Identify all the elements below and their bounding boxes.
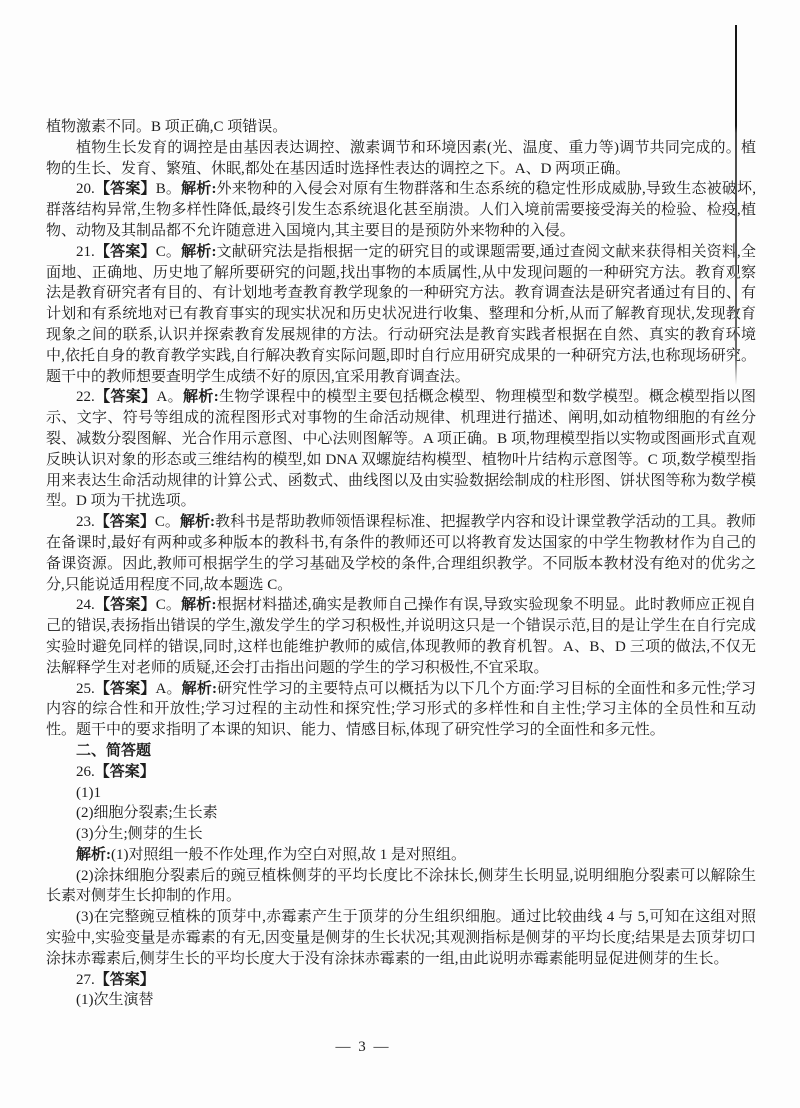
bold-text-segment: 【答案】: [95, 244, 156, 260]
bold-text-segment: 【答案】: [95, 597, 156, 613]
answer-27-label: 27.【答案】: [46, 970, 756, 991]
bold-text-segment: 解析:: [181, 181, 216, 197]
bold-text-segment: 【答案】: [95, 181, 156, 197]
answer-26-item-1: (1)1: [46, 783, 756, 804]
bold-text-segment: 解析:: [183, 389, 219, 405]
answer-26-analysis-3: (3)在完整豌豆植株的顶芽中,赤霉素产生于顶芽的分生组织细胞。通过比较曲线 4 …: [46, 907, 756, 969]
section-heading-short-answer: 二、简答题: [46, 741, 756, 762]
bold-text-segment: 【答案】: [95, 514, 155, 530]
answer-25: 25.【答案】A。解析:研究性学习的主要特点可以概括为以下几个方面:学习目标的全…: [46, 679, 756, 741]
text-segment: 生物学课程中的模型主要包括概念模型、物理模型和数学模型。概念模型指以图示、文字、…: [46, 389, 756, 509]
answer-26-item-3: (3)分生;侧芽的生长: [46, 824, 756, 845]
text-segment: (1)对照组一般不作处理,作为空白对照,故 1 是对照组。: [111, 847, 466, 863]
answer-26-analysis-1: 解析:(1)对照组一般不作处理,作为空白对照,故 1 是对照组。: [46, 845, 756, 866]
text-segment: 文献研究法是指根据一定的研究目的或课题需要,通过查阅文献来获得相关资料,全面地、…: [46, 244, 756, 385]
bold-text-segment: 【答案】: [95, 389, 157, 405]
answer-26-analysis-2: (2)涂抹细胞分裂素后的豌豆植株侧芽的平均长度比不涂抹长,侧芽生长明显,说明细胞…: [46, 866, 756, 908]
text-segment: 22.: [76, 389, 95, 405]
text-segment: B。: [156, 181, 181, 197]
scanned-page: 植物激素不同。B 项正确,C 项错误。植物生长发育的调控是由基因表达调控、激素调…: [0, 0, 800, 1108]
bold-text-segment: 【答案】: [95, 972, 155, 988]
text-segment: 20.: [76, 181, 95, 197]
text-segment: 25.: [76, 681, 95, 697]
text-segment: (3)分生;侧芽的生长: [76, 826, 203, 842]
answer-key-text: 植物激素不同。B 项正确,C 项错误。植物生长发育的调控是由基因表达调控、激素调…: [46, 117, 756, 1011]
scan-artifact-line: [735, 25, 737, 385]
bold-text-segment: 解析:: [182, 681, 217, 697]
text-segment: 植物生长发育的调控是由基因表达调控、激素调节和环境因素(光、温度、重力等)调节共…: [46, 140, 756, 177]
answer-21: 21.【答案】C。解析:文献研究法是指根据一定的研究目的或课题需要,通过查阅文献…: [46, 242, 756, 388]
text-segment: 21.: [76, 244, 95, 260]
text-segment: A。: [157, 389, 184, 405]
text-segment: C。: [156, 244, 181, 260]
text-segment: C。: [155, 514, 180, 530]
bold-text-segment: 解析:: [181, 597, 216, 613]
text-segment: (1)次生演替: [76, 992, 154, 1008]
bold-text-segment: 【答案】: [95, 681, 156, 697]
bold-text-segment: 【答案】: [95, 764, 155, 780]
text-segment: 24.: [76, 597, 95, 613]
answer-22: 22.【答案】A。解析:生物学课程中的模型主要包括概念模型、物理模型和数学模型。…: [46, 387, 756, 512]
text-segment: 二、简答题: [76, 743, 151, 759]
paragraph-plant-growth: 植物生长发育的调控是由基因表达调控、激素调节和环境因素(光、温度、重力等)调节共…: [46, 138, 756, 180]
text-segment: C。: [156, 597, 181, 613]
answer-26-item-2: (2)细胞分裂素;生长素: [46, 803, 756, 824]
bold-text-segment: 解析:: [180, 514, 215, 530]
continuation-line: 植物激素不同。B 项正确,C 项错误。: [46, 117, 756, 138]
bold-text-segment: 解析:: [181, 244, 216, 260]
text-segment: (2)细胞分裂素;生长素: [76, 805, 218, 821]
text-segment: 23.: [76, 514, 95, 530]
text-segment: (3)在完整豌豆植株的顶芽中,赤霉素产生于顶芽的分生组织细胞。通过比较曲线 4 …: [46, 909, 756, 967]
bold-text-segment: 解析:: [76, 847, 111, 863]
text-segment: 植物激素不同。B 项正确,C 项错误。: [46, 119, 287, 135]
answer-27-item-1: (1)次生演替: [46, 990, 756, 1011]
text-segment: 27.: [76, 972, 95, 988]
answer-23: 23.【答案】C。解析:教科书是帮助教师领悟课程标准、把握教学内容和设计课堂教学…: [46, 512, 756, 595]
answer-24: 24.【答案】C。解析:根据材料描述,确实是教师自己操作有误,导致实验现象不明显…: [46, 595, 756, 678]
answer-26-label: 26.【答案】: [46, 762, 756, 783]
text-segment: A。: [156, 681, 182, 697]
answer-20: 20.【答案】B。解析:外来物种的入侵会对原有生物群落和生态系统的稳定性形成威胁…: [46, 179, 756, 241]
text-segment: 26.: [76, 764, 95, 780]
page-number: — 3 —: [0, 1039, 726, 1056]
text-segment: (2)涂抹细胞分裂素后的豌豆植株侧芽的平均长度比不涂抹长,侧芽生长明显,说明细胞…: [46, 868, 756, 905]
text-segment: (1)1: [76, 785, 101, 801]
